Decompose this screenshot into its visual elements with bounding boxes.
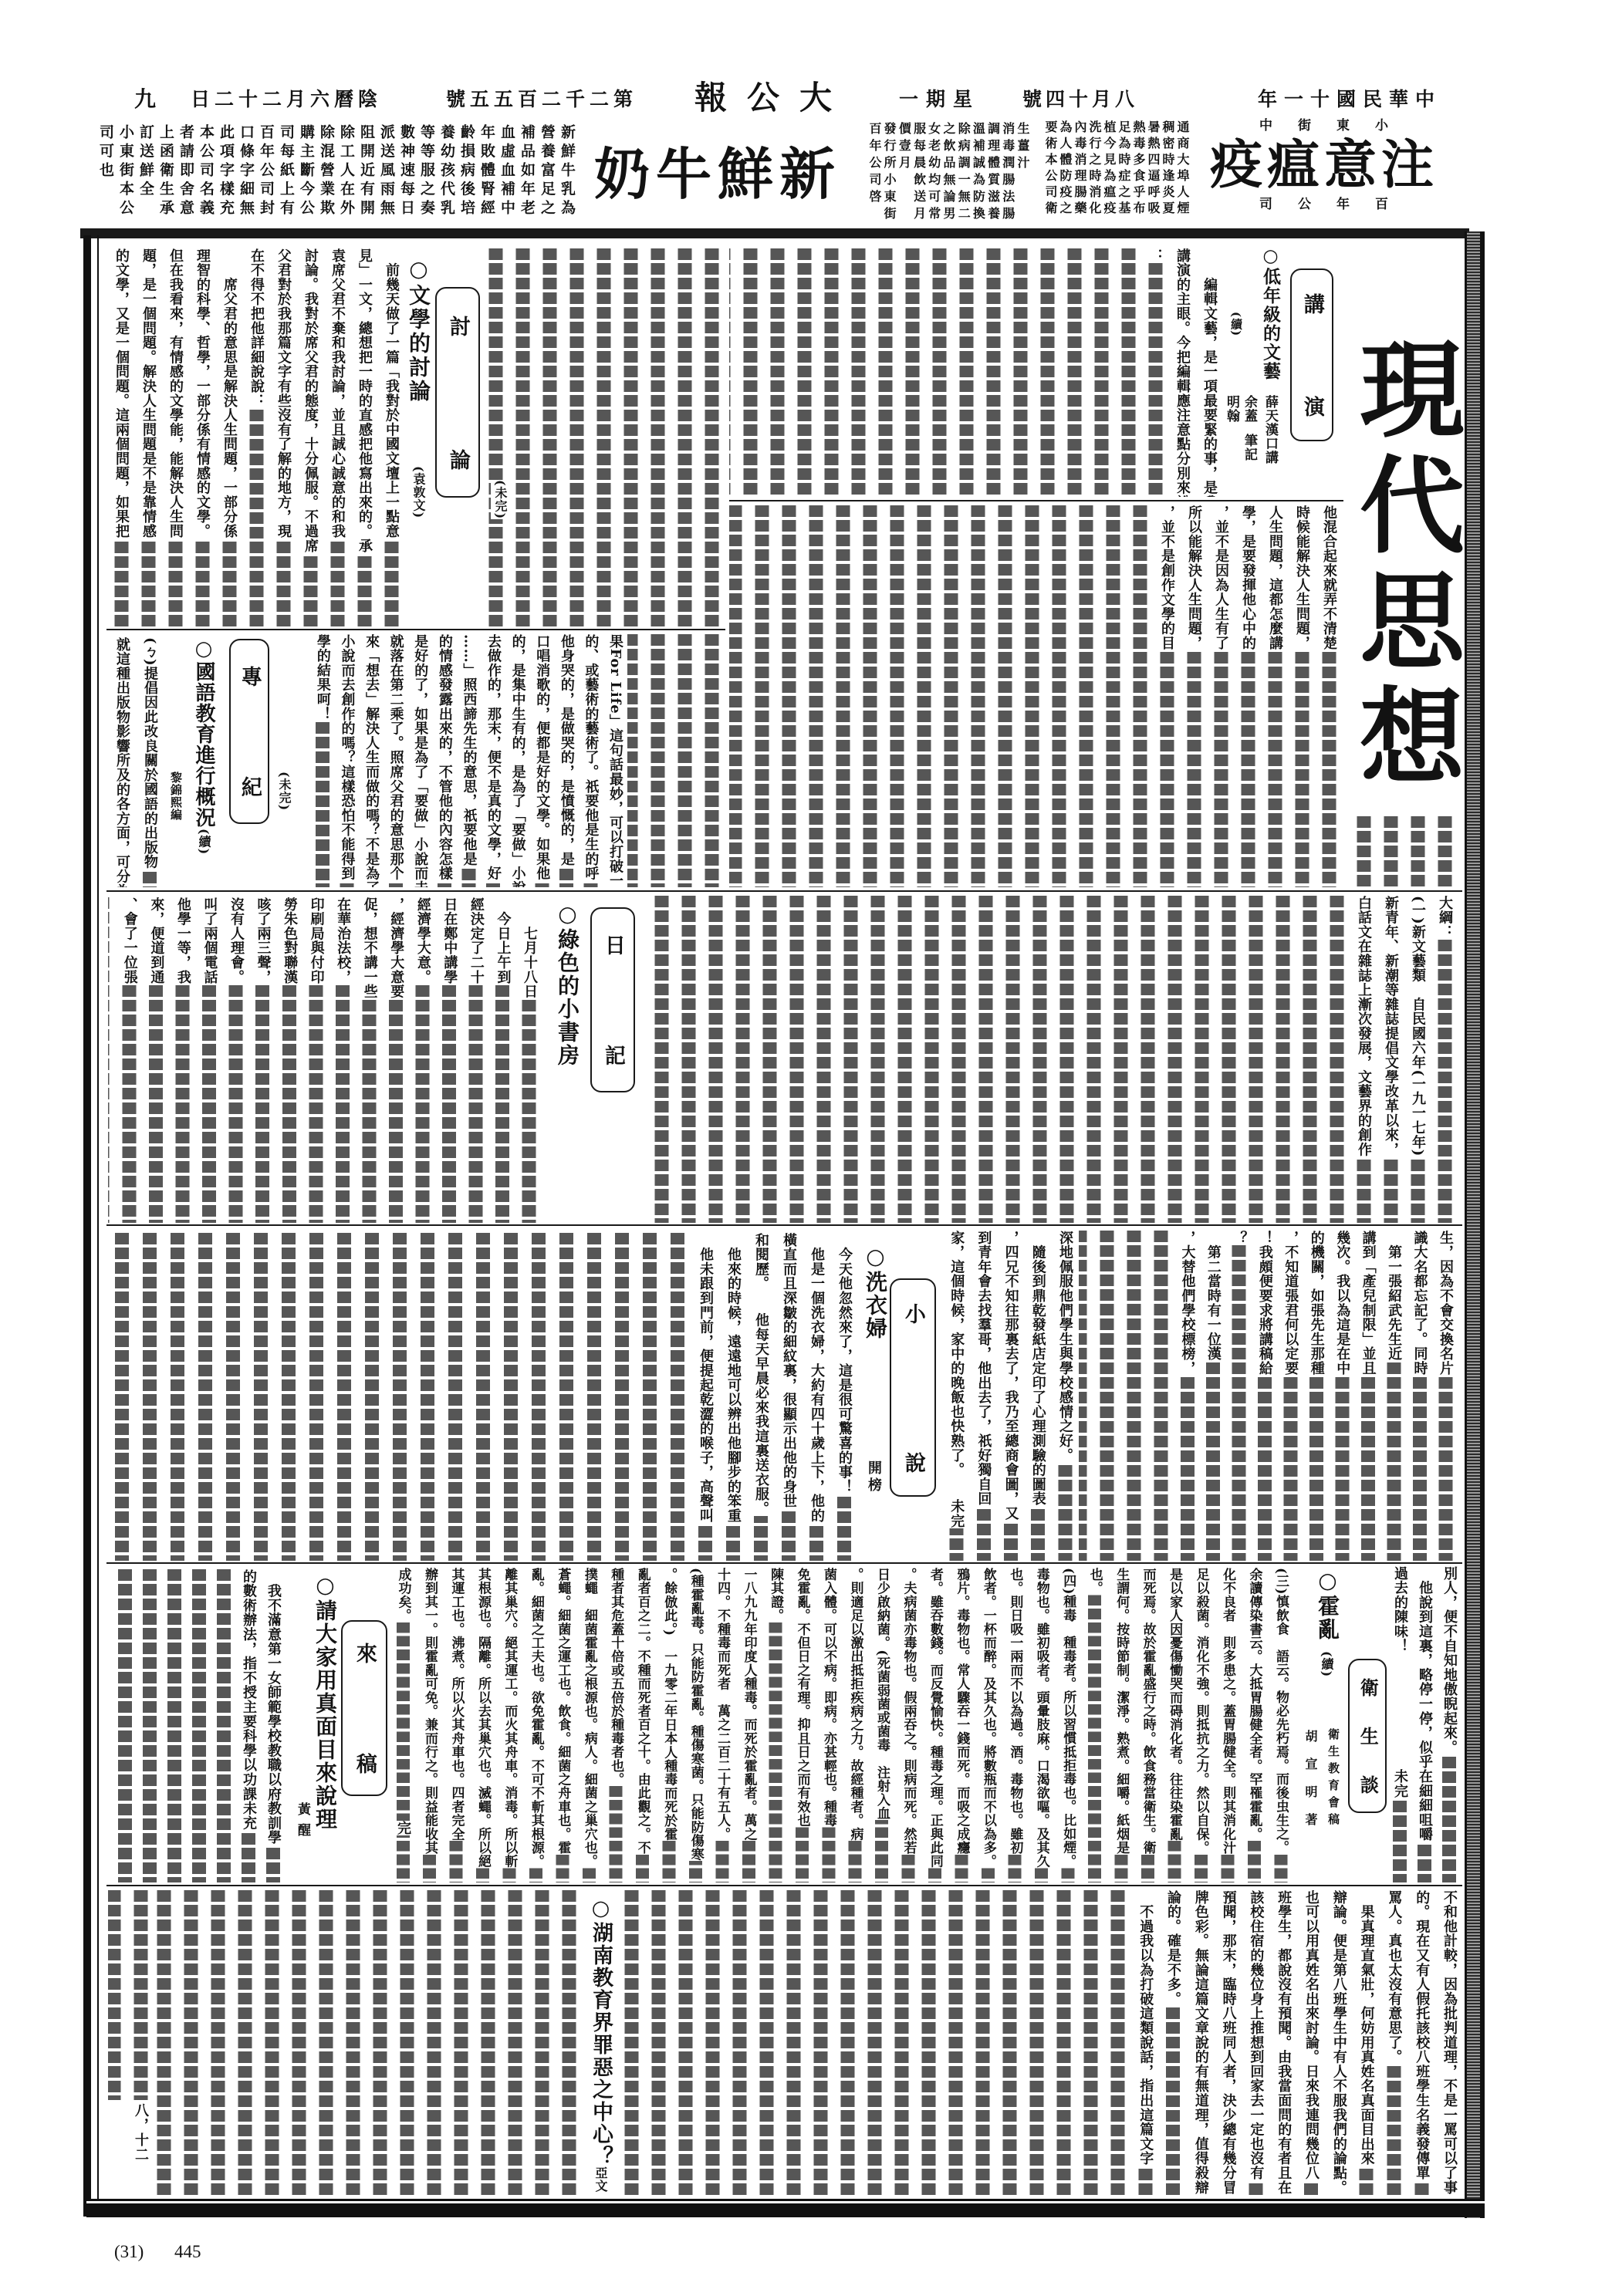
fiction-body-text: 今天他忽然來了，這是很可驚喜的事！ 他是一個洗衣婦，大約有四十歲上下，他的 橫直… (698, 1233, 853, 1523)
frame-right-border (1465, 231, 1485, 2218)
lecture-speaker: 薛天漢口講 (1261, 395, 1279, 464)
contribution-title: ○請大家用真面目來說理 (311, 1572, 339, 1831)
milk-ad-copy: 新鮮牛乳為 營養富足之 補品如年老 血虛血補中 年敗體腎經 齡損病後培 養幼孩代… (96, 124, 577, 225)
lecture-continued-mark: (續) (1227, 312, 1245, 336)
discussion-body-continued-2: 果For Life」這句話最妙，可以打破一 的、或藝術的藝術了。祇要他是生的呼 … (310, 634, 627, 887)
special-title: ○國語教育進行概況 (190, 637, 218, 828)
section-label-hygiene: 衛生談 (1357, 1678, 1377, 1794)
diary-continued-text: 生，因為不會交換名片 識大名都忘記了。同時 第一張紹武先生近 講到「產兒制限」並… (1179, 1231, 1454, 1376)
lecture-body-continued (485, 248, 725, 626)
discussion-continued-2-text: 果For Life」這句話最妙，可以打破一 的、或藝術的藝術了。祇要他是生的呼 … (315, 634, 623, 887)
contribution-body-continued: 不和他計較，因為批判道理，不是一罵可以了事 的。現在又有人假托該校八班學生名義發… (1131, 1890, 1463, 2197)
rule-band-a-left (106, 629, 725, 630)
hygiene-continued-mark: (續) (1317, 1651, 1336, 1677)
contribution-body-text: 我不滿意第一女師範學校教職以府教訓學 的數術辦法，指不授主要科學以功課未充 (241, 1569, 282, 1845)
hygiene-source: 衛生教育會稿 (1324, 1728, 1343, 1830)
frame-bottom-border (86, 2199, 1485, 2217)
lecture-intro: 編輯文藝，是一項最要緊的事，是我今天 講演的主眼。今把編輯應注意點分別來說一說 … (1142, 248, 1223, 497)
special-outline-body: 大綱： (一)新文藝類 自民國六年(一九一七年) 新青年、新潮等雜誌提倡文學改革… (642, 896, 1458, 1223)
top-thick-rule (80, 228, 1469, 238)
section-box-discussion: 討論 (435, 287, 480, 498)
illegible-text-block (108, 1890, 154, 2100)
plague-ad-kicker: 小東街中 (1259, 117, 1414, 134)
section-box-diary: 日記 (590, 907, 635, 1092)
footer-page-number: 445 (174, 2242, 201, 2262)
rule-band-a-right (729, 500, 1343, 501)
fiction-body: 今天他忽然來了，這是很可驚喜的事！ 他是一個洗衣婦，大約有四十歲上下，他的 橫直… (108, 1233, 858, 1561)
illegible-text-block (627, 634, 725, 887)
special-body: (ㄅ)提倡因此改良關於國語的出版物 就這種出版物影響所及的各方面，可分為三 (108, 637, 164, 887)
diary-body-continued: 生，因為不會交換名片 識大名都忘記了。同時 第一張紹武先生近 講到「產兒制限」並… (1174, 1231, 1458, 1561)
plague-ad-copy: 通商大埠人煙 稠密時逢炎夏 暑熱四逼呼吸 熱毒多食乎布 足為時症之基 植今見為瘟… (1043, 120, 1190, 219)
plague-ad-advertiser: 百年公司 (1259, 196, 1414, 213)
hygiene-title: ○霍亂 (1313, 1568, 1341, 1641)
special-body-text: (ㄅ)提倡因此改良關於國語的出版物 就這種出版物影響所及的各方面，可分為三 (114, 637, 158, 887)
frame-left-border (83, 235, 99, 2217)
contribution-author: 黃醒 (293, 1802, 312, 1844)
rule-band-e (106, 1885, 1462, 1886)
plague-ad-headline: 注意瘟疫 (1210, 133, 1438, 198)
discussion-author: (袁敦文) (409, 466, 427, 518)
hunan-date-mark: 八，十二 (131, 2103, 150, 2162)
lecture-body (729, 248, 1142, 497)
section-box-fiction: 小說 (890, 1278, 936, 1497)
discussion-continued-text: 他混合起來就弄不清楚 時候能解決人生問題， 人生問題，這都怎麼講 學，是要發揮他… (1159, 505, 1337, 650)
section-label-fiction: 小說 (901, 1303, 924, 1473)
discussion-body-continued: 他混合起來就弄不清楚 時候能解決人生問題， 人生問題，這都怎麼講 學，是要發揮他… (729, 505, 1343, 887)
illegible-text-block (108, 897, 116, 1223)
header-lunar-date: 陰曆六月二十二日 (191, 86, 382, 113)
header-issue-number: 第二千二百五五號 (446, 86, 637, 113)
lecture-recorder-1: 余蓋 (1240, 395, 1259, 423)
discussion-title: ○文學的討論 (404, 256, 432, 403)
hygiene-body-text: (三)慎飲食 語云。物必先朽焉。而後虫生之。 余讀傳染書云。大抵胃腸健全者。罕罹… (396, 1568, 1289, 1868)
header-roc-date: 中華民國十一年 (1258, 86, 1441, 113)
contribution-continued-text: 不和他計較，因為批判道理，不是一罵可以了事 的。現在又有人假托該校八班學生名義發… (1137, 1890, 1458, 2195)
diary-ending-text: 深地佩服他們學生與學校感情之好。 隨後到鼎乾發紙店定印了心理測驗的圖表 ，四兄不… (948, 1231, 1073, 1528)
diary-body: 七月十八日 今日上午到 經決定了二十 日在鄭中講學 經濟學大意。 ，經濟學大意要… (116, 897, 542, 1223)
section-box-lecture: 講演 (1290, 268, 1333, 441)
section-label-diary: 日記 (601, 934, 624, 1065)
illegible-text-block (621, 1890, 1131, 2197)
diary-body-text: 七月十八日 今日上午到 經決定了二十 日在鄭中講學 經濟學大意。 ，經濟學大意要… (122, 897, 538, 999)
rule-band-c (106, 1224, 1462, 1226)
section-label-discussion: 討論 (446, 316, 469, 470)
milk-ad-headline: 新鮮牛奶 (594, 136, 841, 213)
special-continued-mark: (續) (194, 829, 213, 855)
section-box-contribution: 來稿 (341, 1620, 387, 1796)
header-page-number: 九 (134, 86, 156, 113)
hygiene-end-mark: 完 (394, 1821, 412, 1835)
hunan-author: 亞文 (591, 2166, 610, 2193)
hunan-body-illegible (154, 1890, 583, 2197)
lecture-recorder-2: 明翰 (1222, 395, 1241, 423)
rule-band-d (106, 1562, 1462, 1564)
rule-band-b (106, 890, 1462, 892)
section-box-hygiene: 衛生談 (1348, 1659, 1387, 1813)
lecture-recorder-suffix: 筆記 (1240, 434, 1259, 461)
discussion-body-text: 前幾天做了一篇「我對於中國文壇上一點意 見」一文，總想把一時的直感把他寫出來的。… (113, 248, 400, 553)
discussion-end-mark: (未完) (275, 772, 293, 811)
illegible-text-block (1350, 816, 1458, 887)
illegible-text-block (1079, 1231, 1174, 1561)
discussion-body: 前幾天做了一篇「我對於中國文壇上一點意 見」一文，總想把一時的直感把他寫出來的。… (108, 248, 405, 626)
diary-title: ○綠色的小書房 (553, 901, 581, 1067)
hygiene-body: (三)慎飲食 語云。物必先朽焉。而後虫生之。 余讀傳染書云。大抵胃腸健全者。罕罹… (390, 1568, 1294, 1882)
fiction-body-ending: 別人，便不自知地傲睨起來。 他說到這裏，略停一停，似乎在細細咀嚼 過去的陳味！ … (1387, 1566, 1461, 1882)
fiction-title: ○洗衣婦 (861, 1244, 889, 1340)
section-label-contribution: 來稿 (353, 1643, 376, 1774)
header-weekday: 星期一 (899, 86, 980, 113)
lecture-end-mark: (未完) (491, 480, 509, 519)
lecture-intro-text: 編輯文藝，是一項最要緊的事，是我今天 講演的主眼。今把編輯應注意點分別來說一說 … (1147, 248, 1218, 497)
hunan-title: ○湖南教育界罪惡之中心？ (586, 1896, 614, 2168)
header-date: 八月十四號 (1022, 86, 1138, 113)
footer-scan-index: (31) (114, 2242, 144, 2262)
contribution-body: 我不滿意第一女師範學校教職以府教訓學 的數術辦法，指不授主要科學以功課未充 (108, 1569, 286, 1882)
diary-body-ending: 深地佩服他們學生與學校感情之好。 隨後到鼎乾發紙店定印了心理測驗的圖表 ，四兄不… (943, 1231, 1079, 1561)
section-masthead-title: 現代思想 (1347, 335, 1458, 813)
hygiene-author: 胡宣明著 (1301, 1730, 1320, 1841)
section-box-special: 專紀 (229, 639, 269, 824)
section-label-lecture: 講演 (1300, 293, 1323, 417)
ginger-juice-ad-copy: 生薑汁 消毒潤腸法腸 調理體質滋養 溫補誠為防換 除病調一無二 之飲品無論男 女… (867, 122, 1030, 225)
fiction-author: 開榜 (864, 1460, 883, 1494)
section-label-special: 專紀 (238, 666, 261, 797)
special-author: 黎錦熙編 (167, 772, 185, 821)
lecture-title: ○低年級的文藝 (1256, 245, 1284, 381)
special-outline-text: 大綱： (一)新文藝類 自民國六年(一九一七年) 新青年、新潮等雜誌提倡文學改革… (1356, 896, 1453, 1156)
fiction-ending-text: 別人，便不自知地傲睨起來。 他說到這裏，略停一停，似乎在細細咀嚼 過去的陳味！ … (1392, 1566, 1458, 1842)
header-newspaper-title: 大公報 (694, 79, 852, 106)
